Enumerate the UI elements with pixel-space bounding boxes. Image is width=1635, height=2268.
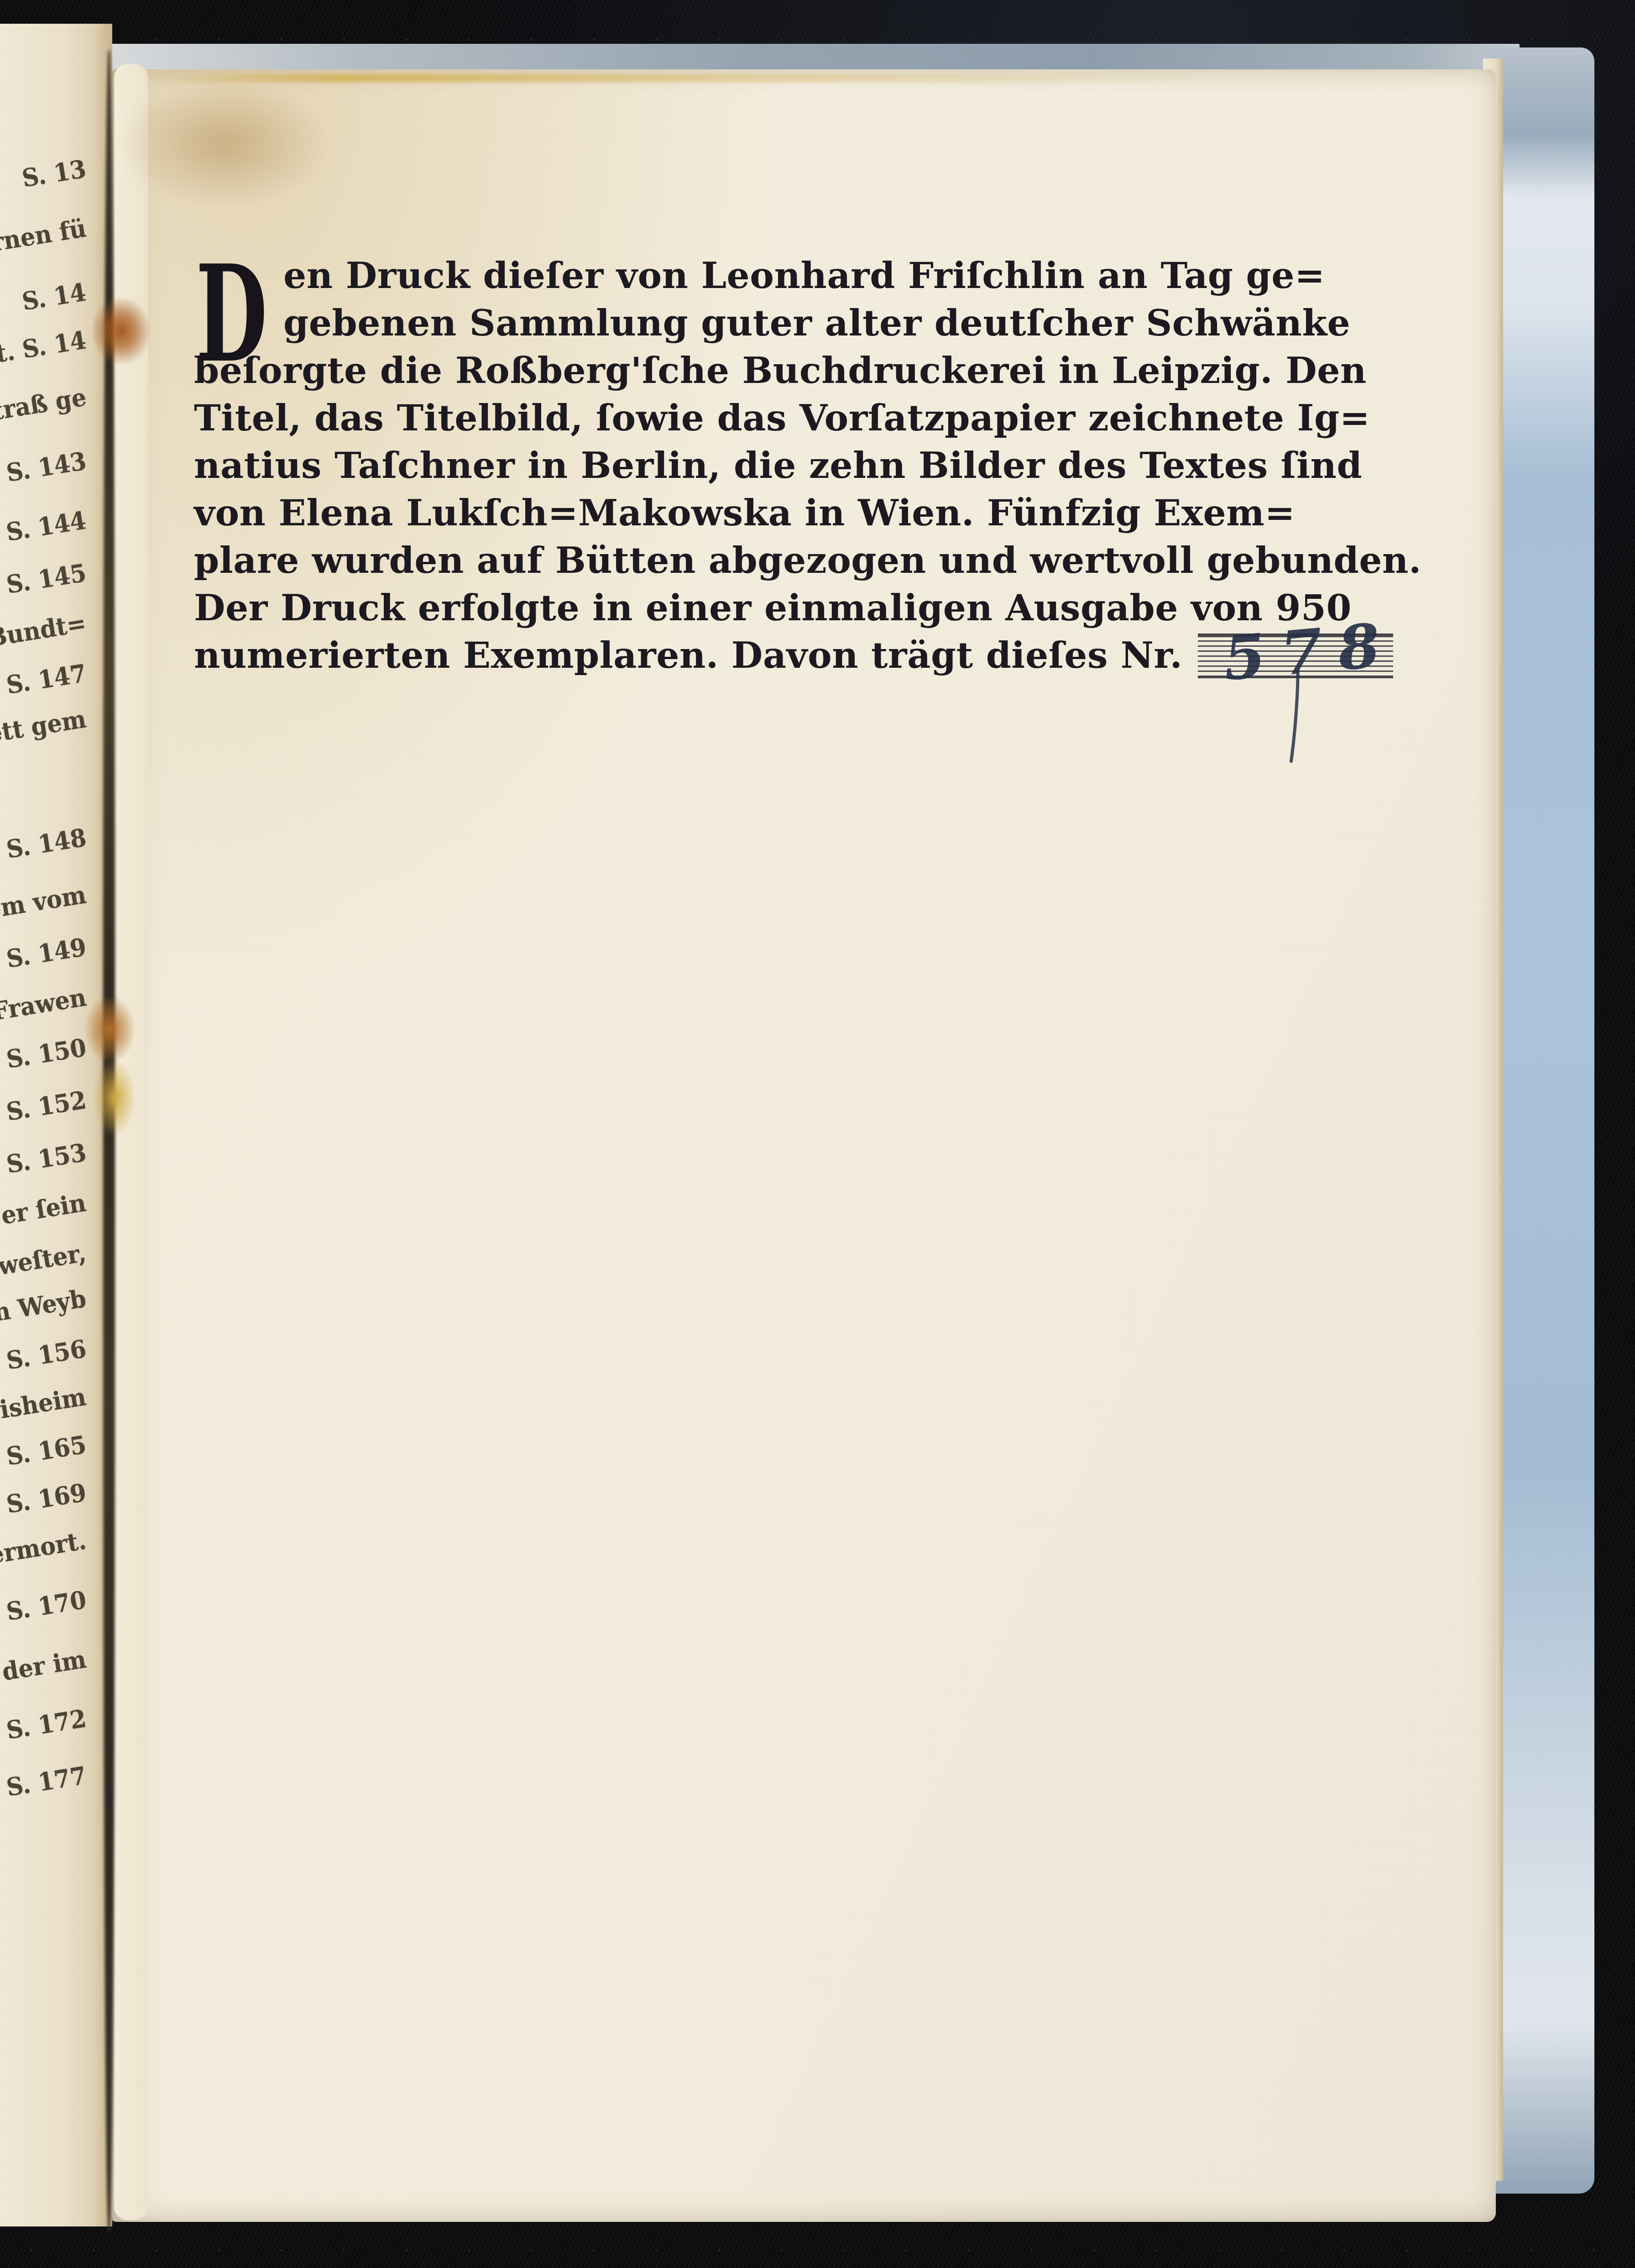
- toc-fragment: S. 147: [5, 660, 88, 697]
- colophon-last-line: numerierten Exemplaren. Davon trägt dieſ…: [194, 632, 1271, 679]
- toc-fragment: einem vom: [0, 882, 88, 928]
- colophon-line: gebenen Sammlung guter alter deutſcher S…: [194, 299, 1271, 347]
- toc-fragment: S. 13: [21, 156, 88, 190]
- torn-gutter-edge: [103, 50, 115, 2232]
- colophon-line: plare wurden auf Bütten abgezogen und we…: [194, 537, 1271, 584]
- toc-fragment: S. 177: [5, 1763, 88, 1800]
- toc-fragment: S. 148: [5, 825, 88, 862]
- toc-fragment: S. 14: [21, 279, 88, 314]
- top-edge-yellow-stain: [146, 74, 1241, 82]
- colophon-line: en Druck dieſer von Leonhard Friſchlin a…: [194, 252, 1271, 299]
- toc-fragment: Schweſter,: [0, 1240, 88, 1286]
- toc-fragment: wen Bundt=: [0, 610, 88, 660]
- toc-fragment: em Weyb: [0, 1286, 88, 1328]
- toc-fragment: ie er ſein: [0, 1190, 88, 1232]
- toc-fragment: r. S. 153: [0, 1140, 88, 1181]
- toc-fragment: Straß ge: [0, 384, 88, 426]
- toc-fragment: Enſisheim: [0, 1384, 88, 1429]
- torn-page-stub: [114, 64, 148, 2220]
- book-page: D en Druck dieſer von Leonhard Friſchlin…: [111, 69, 1496, 2222]
- toc-fragment: S. 152: [5, 1087, 88, 1124]
- toc-fragment: S. 149: [5, 934, 88, 971]
- toc-fragment: S. 156: [5, 1336, 88, 1373]
- toc-fragment: en Frawen: [0, 985, 88, 1030]
- toc-fragment: nicht. S. 14: [0, 327, 88, 375]
- colophon-line: Der Druck erfolgte in einer einmaligen A…: [194, 584, 1271, 632]
- colophon-line: von Elena Lukſch=Makowska in Wien. Fünfz…: [194, 489, 1271, 537]
- colophon-line: numerierten Exemplaren. Davon trägt dieſ…: [194, 632, 1198, 679]
- toc-fragment: S. 165: [5, 1432, 88, 1469]
- colophon-line: beſorgte die Roßberg'ſche Buchdruckerei …: [194, 347, 1271, 394]
- toc-fragment: S. 172: [5, 1706, 88, 1743]
- colophon-line: natius Taſchner in Berlin, die zehn Bild…: [194, 442, 1271, 489]
- edition-number-field: 578: [1198, 634, 1393, 678]
- edition-number-value: 578: [1221, 609, 1399, 694]
- toc-fragment: S. 169: [5, 1480, 88, 1517]
- handwritten-number: 578: [1201, 618, 1390, 769]
- toc-fragment: t, hett gem: [0, 706, 88, 753]
- colophon-text-block: D en Druck dieſer von Leonhard Friſchlin…: [194, 252, 1271, 679]
- toc-fragment: ermort.: [0, 1528, 88, 1567]
- toc-fragment: S. 170: [5, 1587, 88, 1624]
- toc-fragment: fert. S. 144: [0, 508, 88, 555]
- drop-cap-initial: D: [196, 264, 267, 364]
- toc-fragment: S. 150: [5, 1035, 88, 1072]
- toc-fragment: S. 143: [5, 448, 88, 485]
- toc-fragment: der im: [0, 1646, 88, 1684]
- colophon-line: Titel, das Titelbild, ſowie das Vorſatzp…: [194, 394, 1271, 442]
- left-contents-page-edge: S. 13Diernen füS. 14nicht. S. 14Straß ge…: [0, 24, 112, 2226]
- toc-fragment: ech. S. 145: [0, 560, 88, 607]
- toc-fragment: Diernen fü: [0, 215, 88, 262]
- photo-backdrop: { "meta": { "description": "Photograph o…: [0, 0, 1635, 2268]
